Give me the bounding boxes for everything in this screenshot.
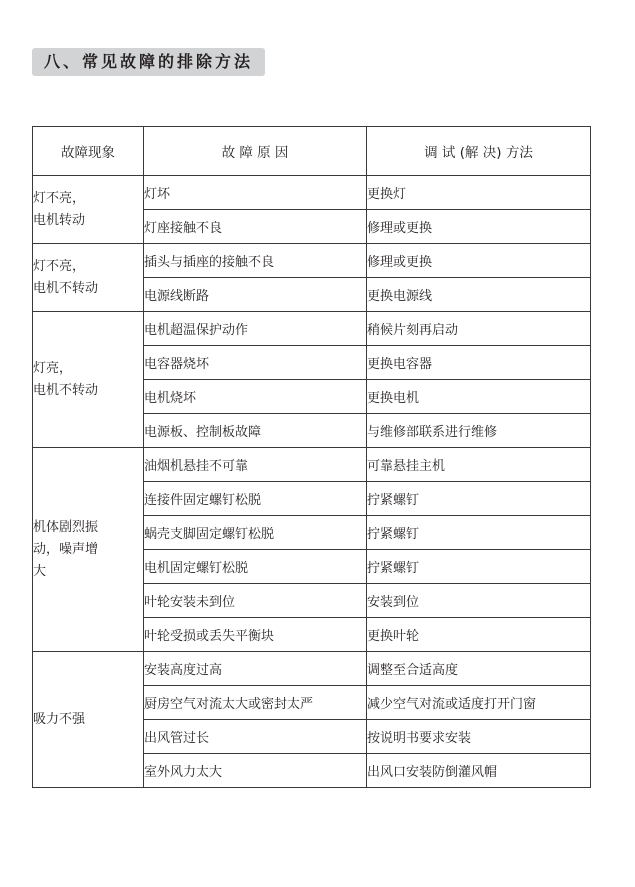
header-cause: 故 障 原 因 bbox=[144, 127, 367, 176]
table-row: 灯不亮， 电机转动 灯坏 更换灯 bbox=[33, 176, 591, 210]
table-row: 灯亮， 电机不转动 电机超温保护动作 稍候片刻再启动 bbox=[33, 312, 591, 346]
fix-cell: 可靠悬挂主机 bbox=[367, 448, 591, 482]
fix-cell: 更换电源线 bbox=[367, 278, 591, 312]
fix-cell: 稍候片刻再启动 bbox=[367, 312, 591, 346]
cause-cell: 室外风力太大 bbox=[144, 754, 367, 788]
cause-cell: 灯座接触不良 bbox=[144, 210, 367, 244]
cause-cell: 灯坏 bbox=[144, 176, 367, 210]
fix-cell: 更换灯 bbox=[367, 176, 591, 210]
cause-cell: 蜗壳支脚固定螺钉松脱 bbox=[144, 516, 367, 550]
header-fix: 调 试 (解 决) 方法 bbox=[367, 127, 591, 176]
cause-cell: 厨房空气对流太大或密封太严 bbox=[144, 686, 367, 720]
cause-cell: 叶轮受损或丢失平衡块 bbox=[144, 618, 367, 652]
fix-cell: 修理或更换 bbox=[367, 244, 591, 278]
table-row: 吸力不强 安装高度过高 调整至合适高度 bbox=[33, 652, 591, 686]
table-header-row: 故障现象 故 障 原 因 调 试 (解 决) 方法 bbox=[33, 127, 591, 176]
cause-cell: 油烟机悬挂不可靠 bbox=[144, 448, 367, 482]
header-symptom: 故障现象 bbox=[33, 127, 144, 176]
symptom-cell: 机体剧烈振 动，噪声增 大 bbox=[33, 448, 144, 652]
table-row: 机体剧烈振 动，噪声增 大 油烟机悬挂不可靠 可靠悬挂主机 bbox=[33, 448, 591, 482]
fix-cell: 安装到位 bbox=[367, 584, 591, 618]
fix-cell: 更换电容器 bbox=[367, 346, 591, 380]
fix-cell: 更换叶轮 bbox=[367, 618, 591, 652]
cause-cell: 电容器烧坏 bbox=[144, 346, 367, 380]
cause-cell: 电源板、控制板故障 bbox=[144, 414, 367, 448]
fix-cell: 拧紧螺钉 bbox=[367, 550, 591, 584]
cause-cell: 出风管过长 bbox=[144, 720, 367, 754]
troubleshooting-table: 故障现象 故 障 原 因 调 试 (解 决) 方法 灯不亮， 电机转动 灯坏 更… bbox=[32, 126, 591, 788]
cause-cell: 电机固定螺钉松脱 bbox=[144, 550, 367, 584]
table-row: 灯不亮， 电机不转动 插头与插座的接触不良 修理或更换 bbox=[33, 244, 591, 278]
cause-cell: 电机超温保护动作 bbox=[144, 312, 367, 346]
cause-cell: 电机烧坏 bbox=[144, 380, 367, 414]
cause-cell: 叶轮安装未到位 bbox=[144, 584, 367, 618]
fix-cell: 出风口安装防倒灌风帽 bbox=[367, 754, 591, 788]
symptom-cell: 吸力不强 bbox=[33, 652, 144, 788]
fix-cell: 拧紧螺钉 bbox=[367, 482, 591, 516]
symptom-cell: 灯亮， 电机不转动 bbox=[33, 312, 144, 448]
cause-cell: 安装高度过高 bbox=[144, 652, 367, 686]
fix-cell: 与维修部联系进行维修 bbox=[367, 414, 591, 448]
fix-cell: 更换电机 bbox=[367, 380, 591, 414]
fix-cell: 拧紧螺钉 bbox=[367, 516, 591, 550]
fix-cell: 修理或更换 bbox=[367, 210, 591, 244]
symptom-cell: 灯不亮， 电机转动 bbox=[33, 176, 144, 244]
cause-cell: 插头与插座的接触不良 bbox=[144, 244, 367, 278]
cause-cell: 电源线断路 bbox=[144, 278, 367, 312]
symptom-cell: 灯不亮， 电机不转动 bbox=[33, 244, 144, 312]
fix-cell: 调整至合适高度 bbox=[367, 652, 591, 686]
fix-cell: 减少空气对流或适度打开门窗 bbox=[367, 686, 591, 720]
fix-cell: 按说明书要求安装 bbox=[367, 720, 591, 754]
section-title: 八、常见故障的排除方法 bbox=[32, 48, 265, 76]
cause-cell: 连接件固定螺钉松脱 bbox=[144, 482, 367, 516]
